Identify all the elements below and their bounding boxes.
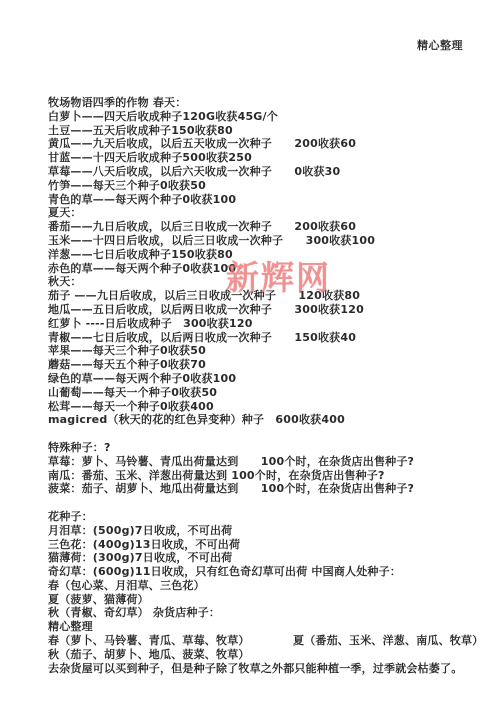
text-line: 三色花：(400g)13日收成，不可出荷 [48, 538, 478, 552]
text-line-left: 赤色的草——每天两个种子0收获100 [48, 262, 236, 275]
text-line-left: 秋天： [48, 275, 82, 288]
text-line: 蘑菇——每天五个种子0收获70 [48, 358, 478, 372]
text-line: 赤色的草——每天两个种子0收获100 [48, 262, 478, 276]
text-line-left: 三色花：(400g)13日收成，不可出荷 [48, 538, 240, 551]
text-line-left: 草莓：萝卜、马铃薯、青瓜出荷量达到 100个时，在杂货店出售种子? [48, 455, 414, 468]
text-line: 白萝卜——四天后收成种子120G收获45G/个 [48, 110, 478, 124]
text-line: 月泪草：(500g)7日收成，不可出荷 [48, 524, 478, 538]
text-line-left: 红萝卜 ----日后收成种子 300收获120 [48, 317, 253, 330]
text-line-left: 菠菜：茄子、胡萝卜、地瓜出荷量达到 100个时，在杂货店出售种子? [48, 482, 414, 495]
text-line: 青色的草——每天两个种子0收获100 [48, 193, 478, 207]
text-line: 秋（茄子、胡萝卜、地瓜、菠菜、牧草） [48, 648, 478, 662]
text-line-left: 精心整理 [48, 620, 93, 633]
text-line-left: 去杂货屋可以买到种子，但是种子除了牧草之外都只能种植一季，过季就会枯萎了。 [48, 662, 462, 675]
text-line: 春（萝卜、马铃薯、青瓜、草莓、牧草）夏（番茄、玉米、洋葱、南瓜、牧草） [48, 634, 478, 648]
text-line-left: 奇幻草：(600g)11日收成，只有红色奇幻草可出荷 中国商人处种子： [48, 565, 401, 578]
text-line: magicred（秋天的花的红色异变种）种子 600收获400 [48, 413, 478, 427]
text-line: 精心整理 [48, 620, 478, 634]
text-line: 夏天： [48, 206, 478, 220]
text-line-left: 松茸——每天一个种子0收获400 [48, 400, 214, 413]
corner-note: 精心整理 [417, 37, 463, 53]
text-line-left: 番茄——九日后收成，以后三日收成一次种子 200收获60 [48, 220, 356, 233]
text-line-left: 苹果——每天三个种子0收获50 [48, 344, 206, 357]
text-line: 洋葱——七日后收成种子150收获80 [48, 248, 478, 262]
text-line-left: 玉米——十四日后收成，以后三日收成一次种子 300收获100 [48, 234, 375, 247]
text-line: 番茄——九日后收成，以后三日收成一次种子 200收获60 [48, 220, 478, 234]
text-line [48, 496, 478, 510]
text-line-left: 春（包心菜、月泪草、三色花） [48, 579, 205, 592]
text-line: 黄瓜——九天后收成，以后五天收成一次种子 200收获60 [48, 137, 478, 151]
text-line-left: 南瓜：番茄、玉米、洋葱出荷量达到 100个时，在杂货店出售种子? [48, 469, 385, 482]
text-line: 夏（菠萝、猫薄荷） [48, 593, 478, 607]
text-line-left: 青椒——七日后收成，以后两日收成一次种子 150收获40 [48, 331, 356, 344]
text-line: 玉米——十四日后收成，以后三日收成一次种子 300收获100 [48, 234, 478, 248]
text-line: 秋（青椒、奇幻草） 杂货店种子： [48, 606, 478, 620]
text-line: 南瓜：番茄、玉米、洋葱出荷量达到 100个时，在杂货店出售种子? [48, 469, 478, 483]
text-line: 绿色的草——每天两个种子0收获100 [48, 372, 478, 386]
text-line-left: 春（萝卜、马铃薯、青瓜、草莓、牧草） [48, 634, 250, 647]
text-line-left: 绿色的草——每天两个种子0收获100 [48, 372, 236, 385]
text-line-left: 蘑菇——每天五个种子0收获70 [48, 358, 206, 371]
text-line-left: 夏（菠萝、猫薄荷） [48, 593, 149, 606]
text-line: 甘蓝——十四天后收成种子500收获250 [48, 151, 478, 165]
text-line-left: 甘蓝——十四天后收成种子500收获250 [48, 151, 252, 164]
text-line-left: 地瓜——五日后收成，以后两日收成一次种子 300收获120 [48, 303, 364, 316]
text-line-left: 茄子 ——九日后收成，以后三日收成一次种子 120收获80 [48, 289, 360, 302]
text-line-left: 青色的草——每天两个种子0收获100 [48, 193, 236, 206]
text-line: 山葡萄——每天一个种子0收获50 [48, 386, 478, 400]
text-line-left: 竹笋——每天三个种子0收获50 [48, 179, 206, 192]
text-line-left: 黄瓜——九天后收成，以后五天收成一次种子 200收获60 [48, 137, 356, 150]
document-body: 牧场物语四季的作物 春天：白萝卜——四天后收成种子120G收获45G/个土豆——… [48, 96, 478, 675]
text-line-left: 特殊种子：? [48, 441, 111, 454]
text-line-left: magicred（秋天的花的红色异变种）种子 600收获400 [48, 413, 345, 426]
text-line-left: 白萝卜——四天后收成种子120G收获45G/个 [48, 110, 278, 123]
text-line-left: 猫薄荷：(300g)7日收成，不可出荷 [48, 551, 232, 564]
text-line: 红萝卜 ----日后收成种子 300收获120 [48, 317, 478, 331]
text-line: 茄子 ——九日后收成，以后三日收成一次种子 120收获80 [48, 289, 478, 303]
text-line [48, 427, 478, 441]
text-line-right: 夏（番茄、玉米、洋葱、南瓜、牧草） [293, 634, 483, 648]
text-line: 草莓：萝卜、马铃薯、青瓜出荷量达到 100个时，在杂货店出售种子? [48, 455, 478, 469]
text-line-left: 秋（青椒、奇幻草） 杂货店种子： [48, 606, 220, 619]
text-line: 竹笋——每天三个种子0收获50 [48, 179, 478, 193]
text-line: 秋天： [48, 275, 478, 289]
text-line: 菠菜：茄子、胡萝卜、地瓜出荷量达到 100个时，在杂货店出售种子? [48, 482, 478, 496]
text-line: 土豆——五天后收成种子150收获80 [48, 124, 478, 138]
text-line: 去杂货屋可以买到种子，但是种子除了牧草之外都只能种植一季，过季就会枯萎了。 [48, 662, 478, 676]
text-line: 松茸——每天一个种子0收获400 [48, 400, 478, 414]
text-line: 地瓜——五日后收成，以后两日收成一次种子 300收获120 [48, 303, 478, 317]
text-line: 草莓——八天后收成，以后六天收成一次种子 0收获30 [48, 165, 478, 179]
text-line: 特殊种子：? [48, 441, 478, 455]
text-line-left: 月泪草：(500g)7日收成，不可出荷 [48, 524, 232, 537]
text-line: 牧场物语四季的作物 春天： [48, 96, 478, 110]
text-line-left: 牧场物语四季的作物 春天： [48, 96, 186, 109]
document-page: 精心整理 牧场物语四季的作物 春天：白萝卜——四天后收成种子120G收获45G/… [0, 0, 500, 708]
text-line-left: 土豆——五天后收成种子150收获80 [48, 124, 233, 137]
text-line-left: 秋（茄子、胡萝卜、地瓜、菠菜、牧草） [48, 648, 250, 661]
text-line: 苹果——每天三个种子0收获50 [48, 344, 478, 358]
text-line: 春（包心菜、月泪草、三色花） [48, 579, 478, 593]
text-line: 猫薄荷：(300g)7日收成，不可出荷 [48, 551, 478, 565]
text-line-left: 草莓——八天后收成，以后六天收成一次种子 0收获30 [48, 165, 340, 178]
text-line-left: 夏天： [48, 206, 82, 219]
text-line-left: 山葡萄——每天一个种子0收获50 [48, 386, 217, 399]
text-line-left: 花种子： [48, 510, 93, 523]
text-line: 青椒——七日后收成，以后两日收成一次种子 150收获40 [48, 331, 478, 345]
text-line: 花种子： [48, 510, 478, 524]
text-line: 奇幻草：(600g)11日收成，只有红色奇幻草可出荷 中国商人处种子： [48, 565, 478, 579]
text-line-left: 洋葱——七日后收成种子150收获80 [48, 248, 233, 261]
